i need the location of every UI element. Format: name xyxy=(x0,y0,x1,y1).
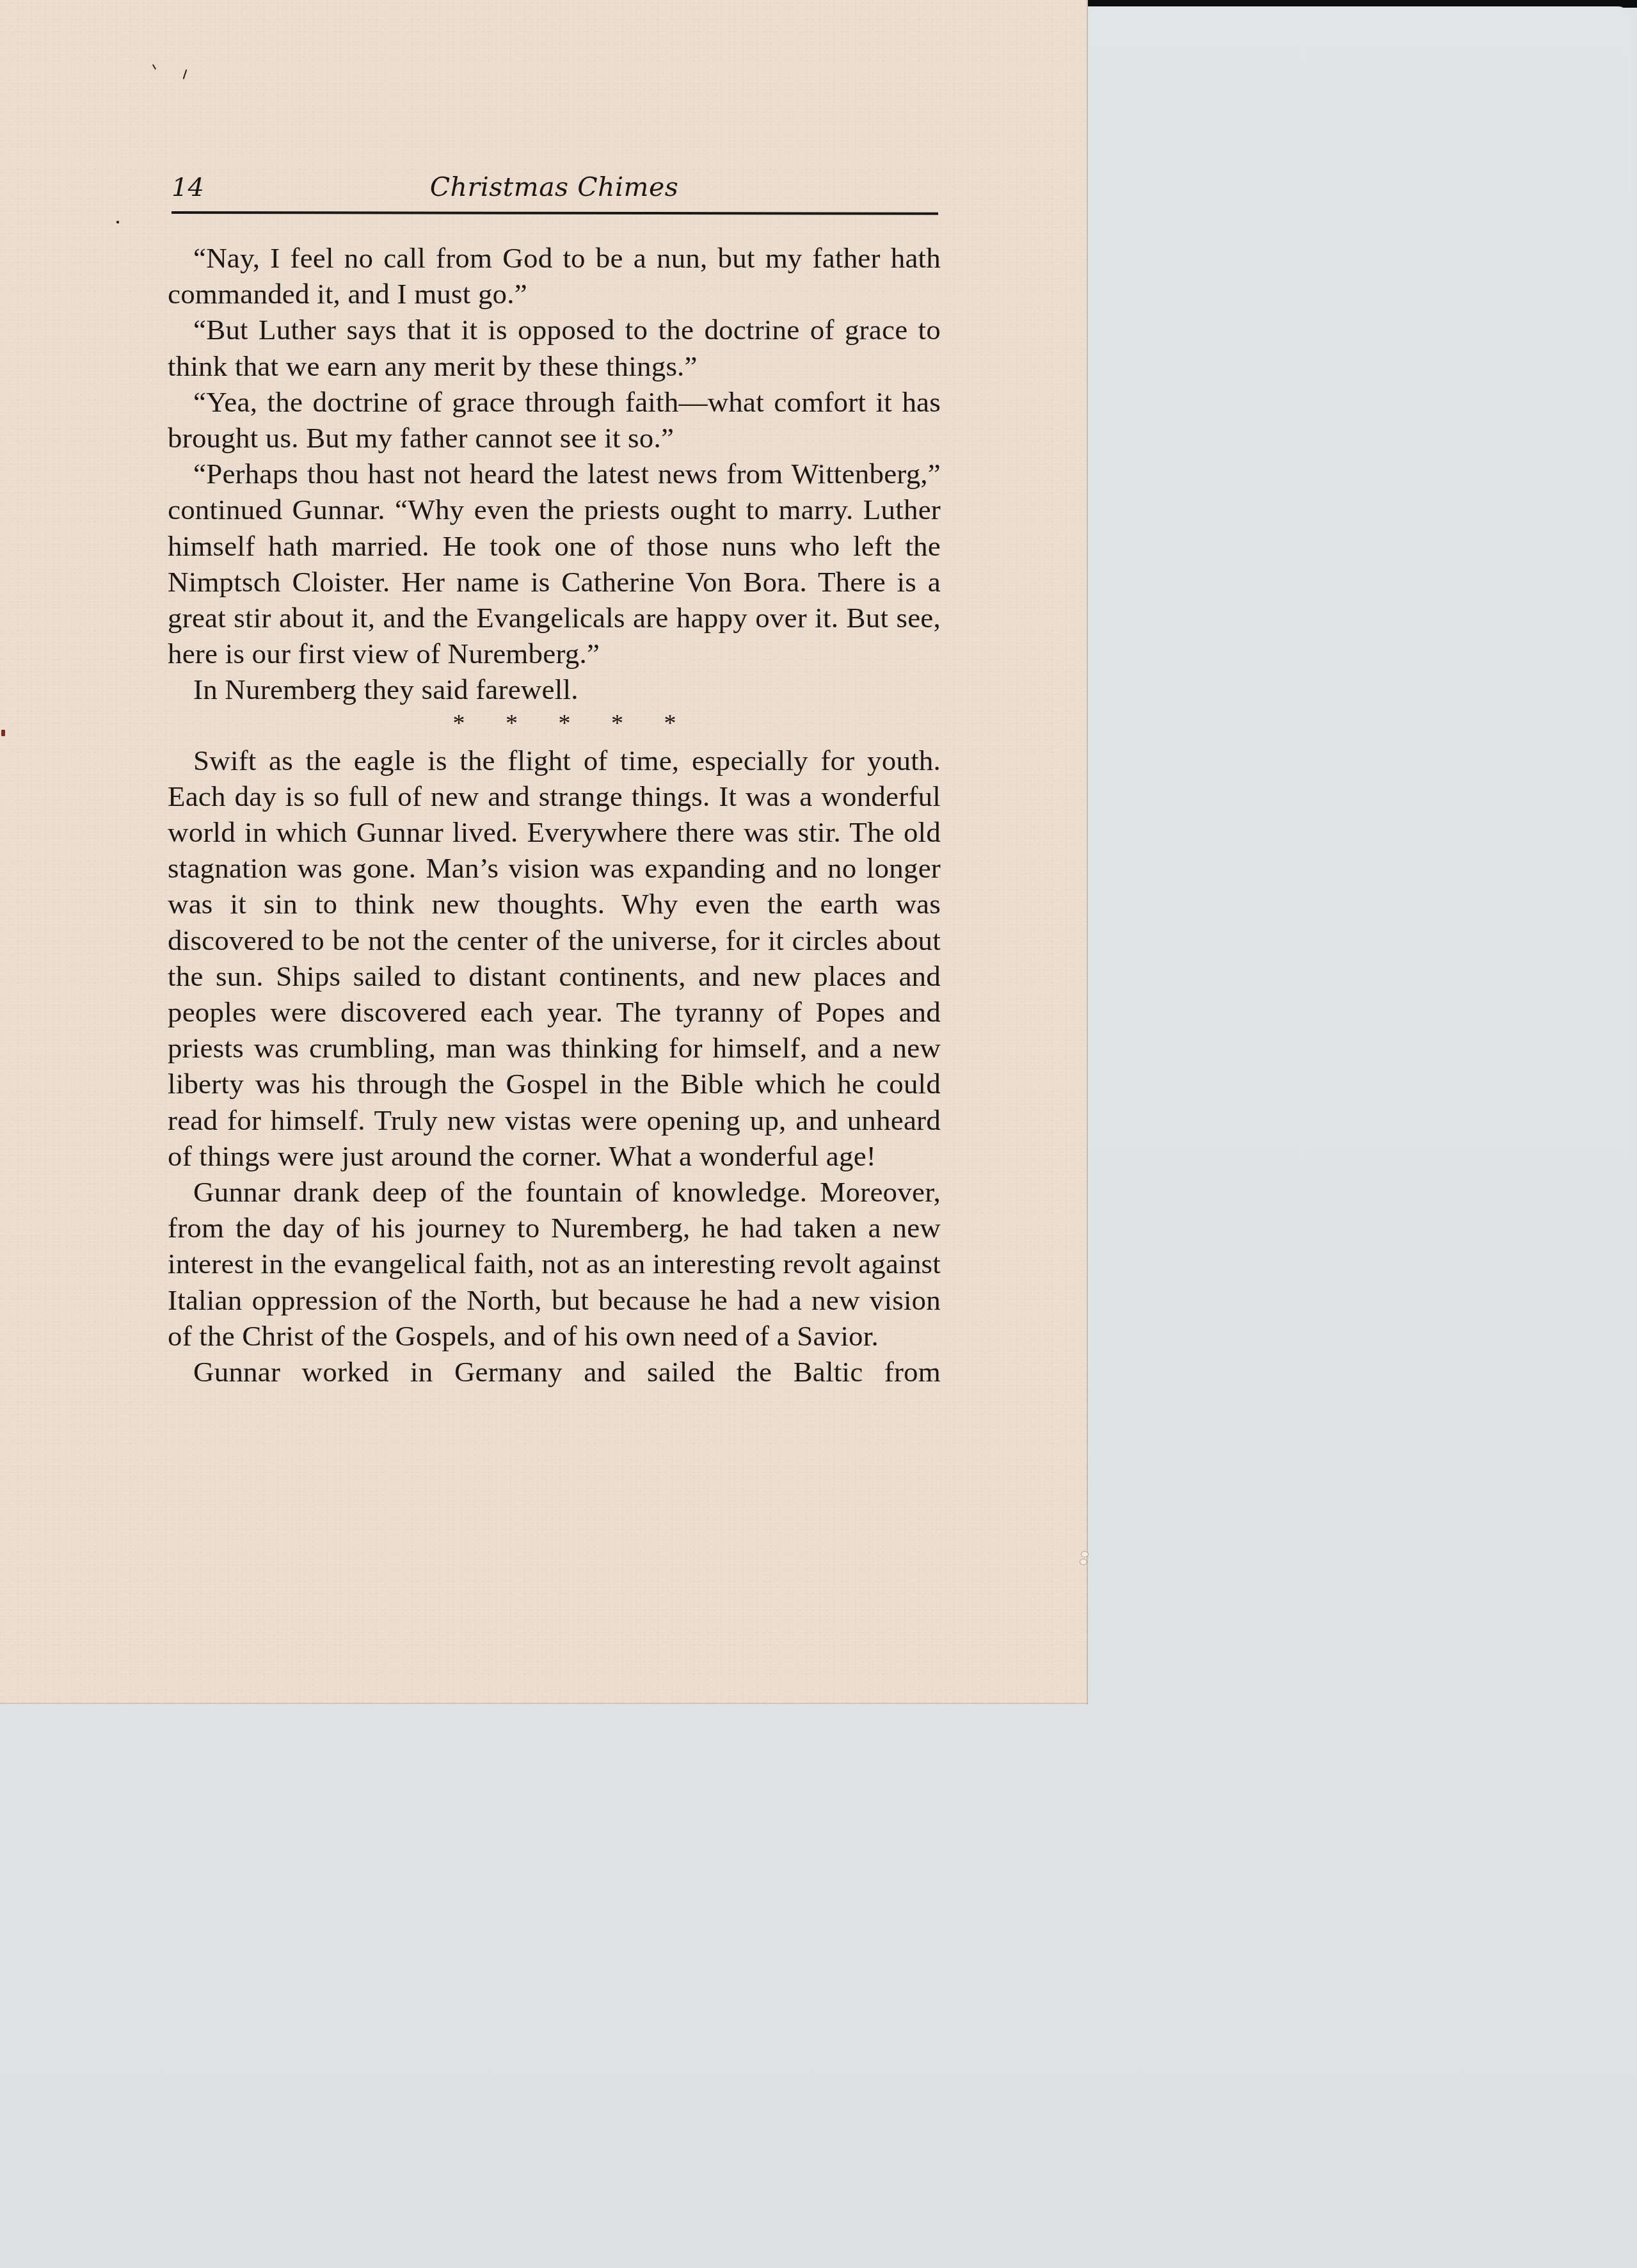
paper-edge-nick xyxy=(1080,1559,1087,1564)
running-title: Christmas Chimes xyxy=(172,172,937,202)
dust-speck xyxy=(152,64,156,70)
running-head: 14 Christmas Chimes xyxy=(172,168,937,214)
paragraph: Swift as the eagle is the flight of time… xyxy=(168,743,941,1174)
dust-speck xyxy=(183,69,188,79)
body-text: “Nay, I feel no call from God to be a nu… xyxy=(168,240,941,1390)
paragraph: “Yea, the doctrine of grace through fait… xyxy=(168,384,941,456)
paper-edge-nick xyxy=(1082,1552,1088,1557)
paragraph: “Nay, I feel no call from God to be a nu… xyxy=(168,240,941,312)
paragraph: “But Luther says that it is opposed to t… xyxy=(168,312,941,383)
section-break-asterisks: * * * * * xyxy=(168,705,941,741)
book-page: 14 Christmas Chimes “Nay, I feel no call… xyxy=(0,0,1088,1704)
dust-speck xyxy=(116,221,119,223)
paragraph: “Perhaps thou hast not heard the latest … xyxy=(168,456,941,672)
scanner-bed-background-bottom xyxy=(0,1704,1637,2268)
paragraph: Gunnar worked in Germany and sailed the … xyxy=(168,1354,941,1390)
header-rule xyxy=(172,211,938,215)
paragraph: Gunnar drank deep of the fountain of kno… xyxy=(168,1174,941,1354)
paper-mark xyxy=(1,730,5,736)
paragraph: In Nuremberg they said farewell. xyxy=(168,672,941,707)
